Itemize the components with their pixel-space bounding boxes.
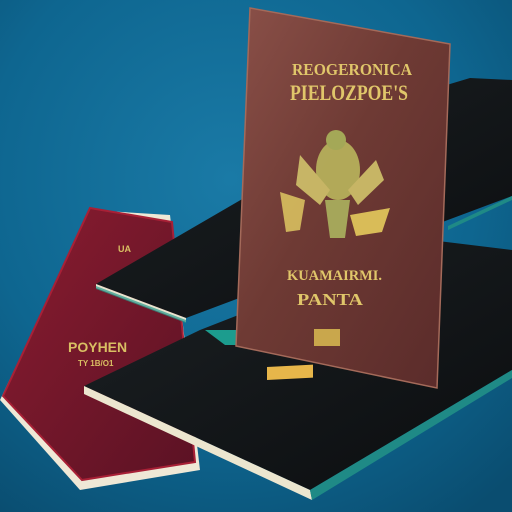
red-passport-text-2: POYHEN xyxy=(68,339,127,355)
passport-title-line-2: PIELOZPOE'S xyxy=(290,80,408,105)
red-passport-text-3: TY 1B/O1 xyxy=(78,359,114,368)
front-passport: REOGERONICA PIELOZPOE'S KUAMAIRMI. PANTA xyxy=(236,8,450,388)
passport-photo-scene: UA POYHEN TY 1B/O1 REOGERONICA PIELOZPOE… xyxy=(0,0,512,512)
passport-subtitle-line-1: KUAMAIRMI. xyxy=(287,268,382,284)
biometric-chip-icon xyxy=(314,329,340,346)
red-passport-text-1: UA xyxy=(118,244,131,254)
passport-subtitle-line-2: PANTA xyxy=(297,290,364,309)
booklet-chip-emblem xyxy=(267,365,313,380)
passport-title-line-1: REOGERONICA xyxy=(292,60,413,79)
